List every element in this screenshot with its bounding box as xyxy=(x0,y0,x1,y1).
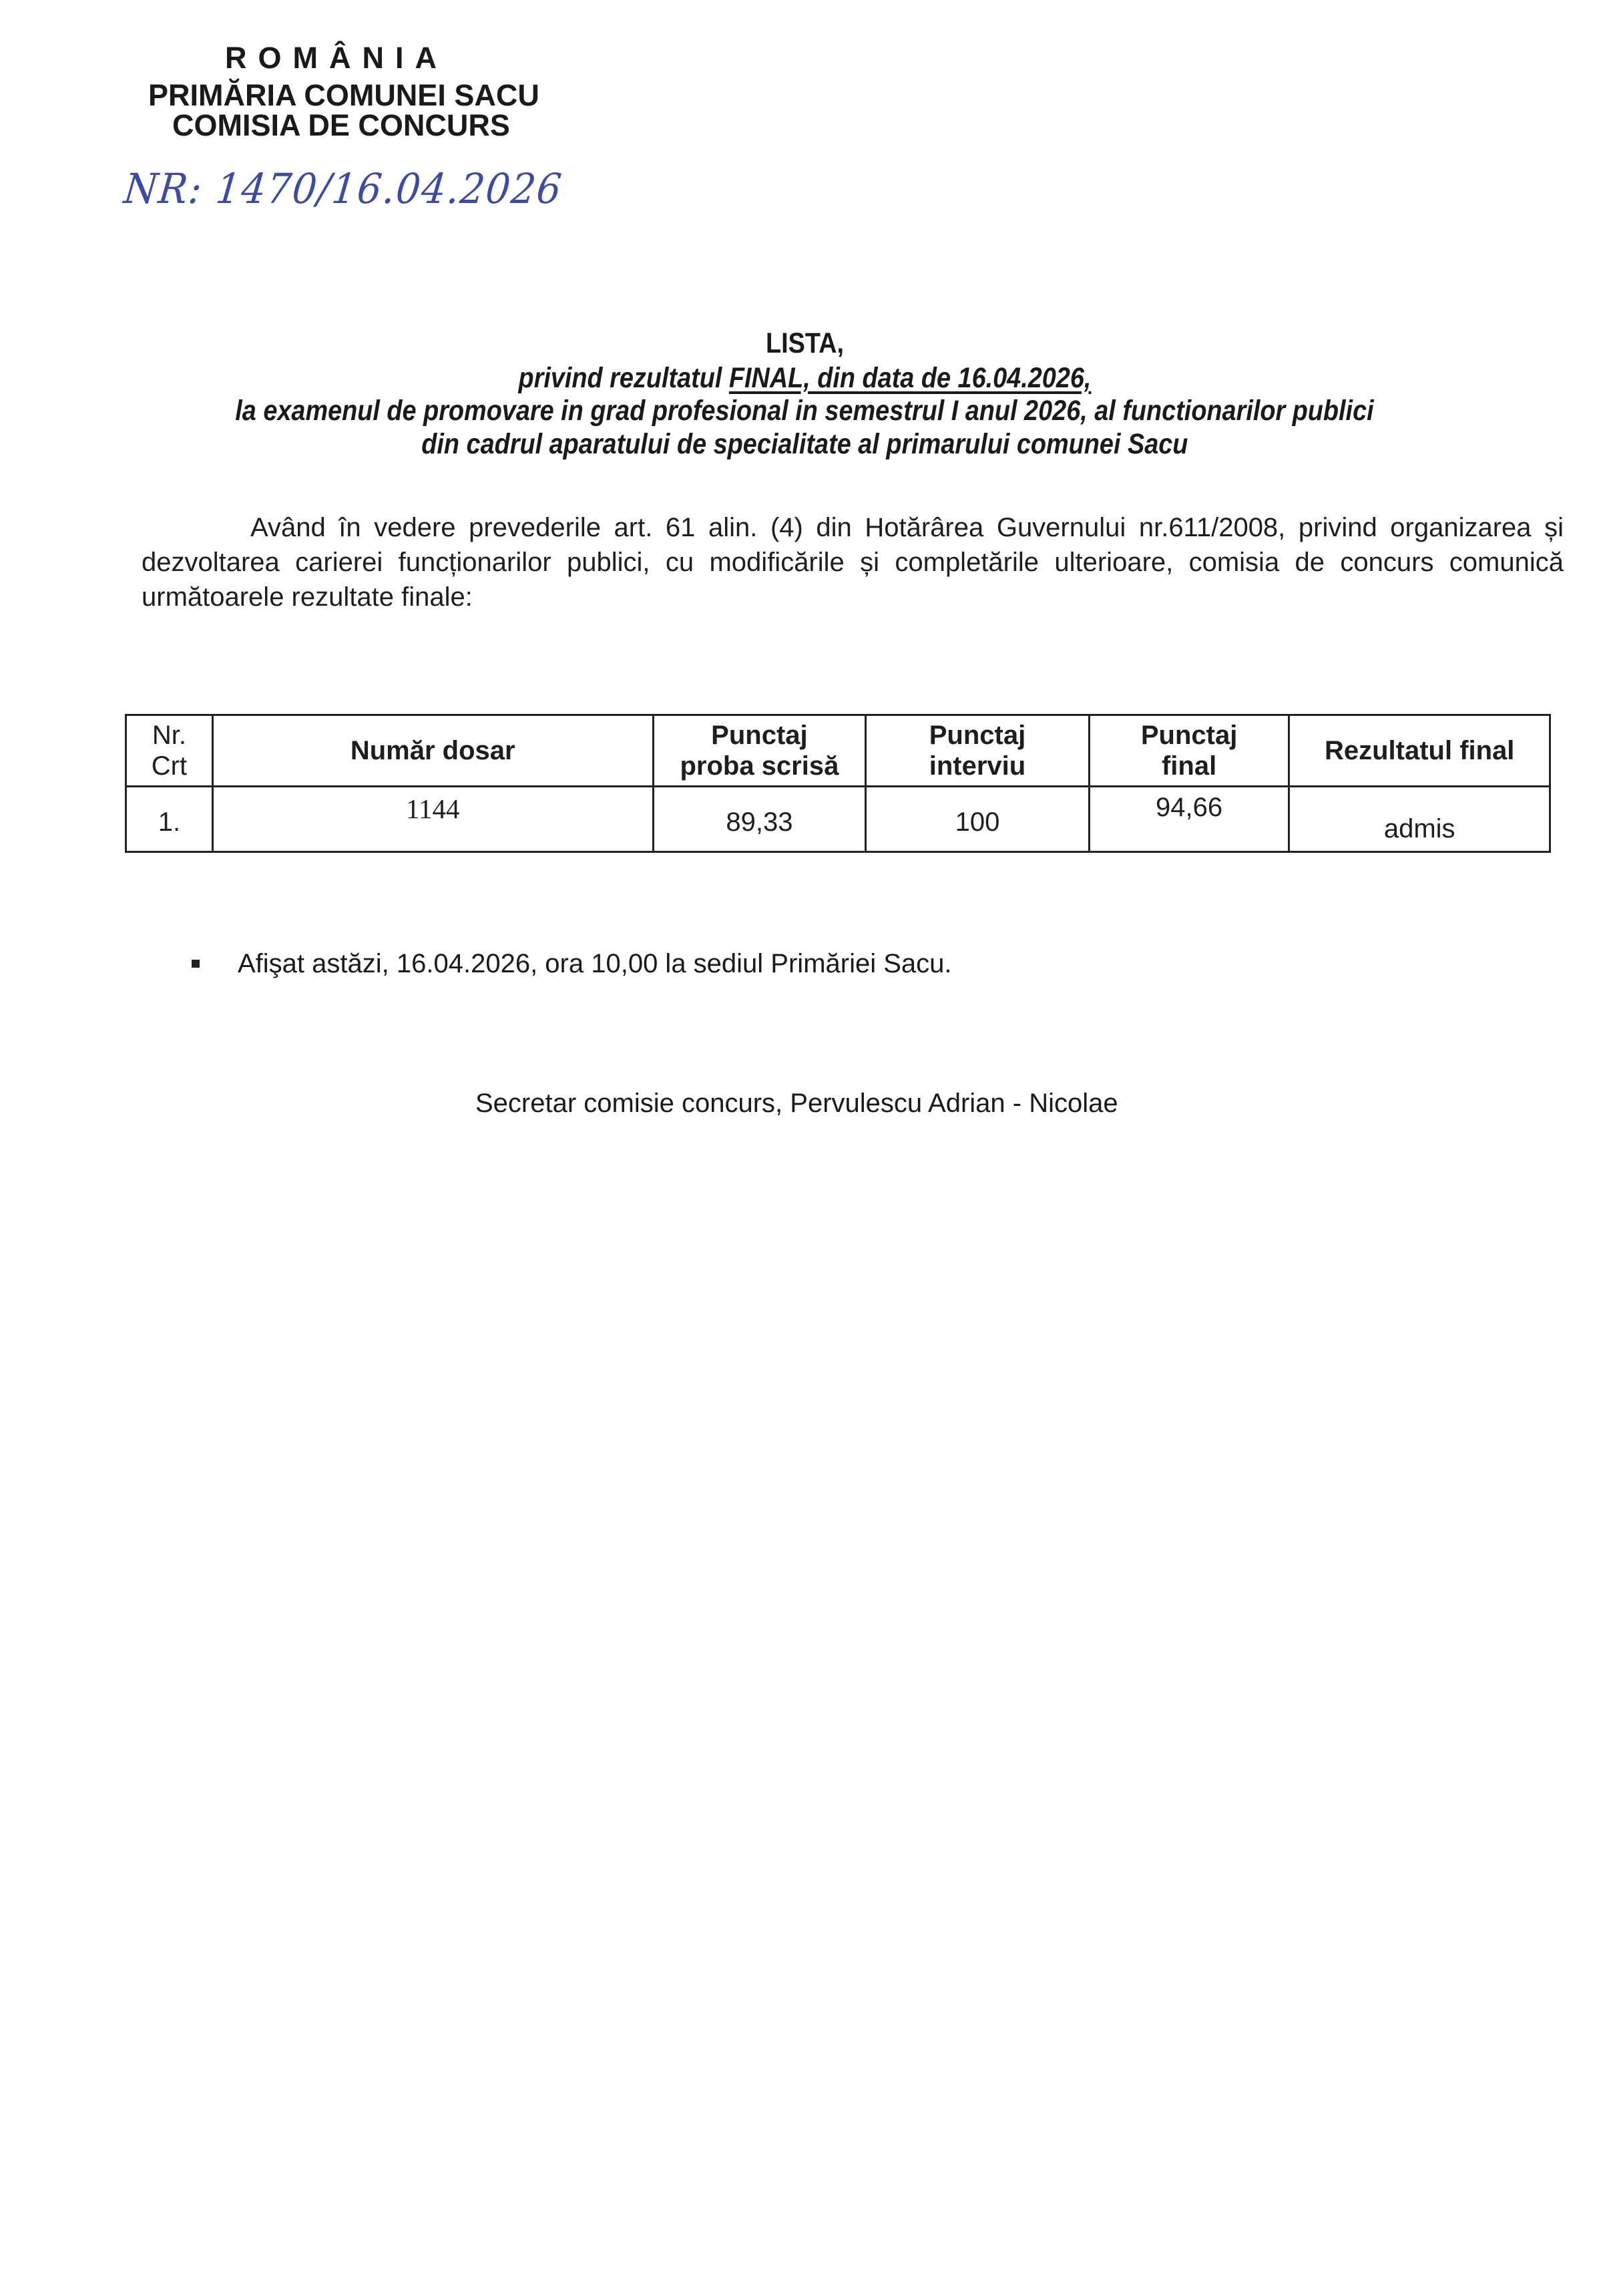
header-nr-crt: Nr.Crt xyxy=(126,715,213,787)
header-punctaj-interviu-line2: interviu xyxy=(929,751,1025,781)
cell-numar-dosar: 1144 xyxy=(212,787,653,852)
cell-rezultat: admis xyxy=(1289,787,1550,852)
cell-punctaj-scris: 89,33 xyxy=(653,787,866,852)
table-header-row: Nr.Crt Număr dosar Punctajproba scrisă P… xyxy=(126,715,1550,787)
square-bullet-icon xyxy=(192,960,200,968)
header-punctaj-final: Punctajfinal xyxy=(1089,715,1289,787)
header-punctaj-final-line2: final xyxy=(1162,751,1216,781)
signature-line: Secretar comisie concurs, Pervulescu Adr… xyxy=(475,1090,1118,1117)
title-line-3-text: din cadrul aparatului de specialitate al… xyxy=(421,430,1188,459)
title-line-2-text: la examenul de promovare in grad profesi… xyxy=(235,397,1373,425)
header-punctaj-final-line1: Punctaj xyxy=(1141,721,1237,750)
results-table: Nr.Crt Număr dosar Punctajproba scrisă P… xyxy=(125,714,1551,853)
header-punctaj-scris: Punctajproba scrisă xyxy=(653,715,866,787)
title-line-1-text: privind rezultatul FINAL, din data de 16… xyxy=(518,364,1091,393)
country-heading: ROMÂNIA xyxy=(225,43,448,73)
header-nr-crt-line1: Nr. xyxy=(152,721,186,750)
handwritten-registration-number: NR: 1470/16.04.2026 xyxy=(122,164,565,213)
cell-nr-crt: 1. xyxy=(126,787,213,852)
title-line-1-prefix: privind rezultatul xyxy=(518,362,728,394)
title-line-3: din cadrul aparatului de specialitate al… xyxy=(0,430,1609,459)
title-line-1: privind rezultatul FINAL, din data de 16… xyxy=(0,364,1609,393)
header-punctaj-interviu-line1: Punctaj xyxy=(929,721,1025,750)
table-row: 1. 1144 89,33 100 94,66 admis xyxy=(126,787,1550,852)
cell-punctaj-interviu: 100 xyxy=(866,787,1090,852)
institution-heading: PRIMĂRIA COMUNEI SACU xyxy=(148,80,539,110)
title-final-date: FINAL, din data de 16.04.2026, xyxy=(728,362,1091,394)
commission-heading: COMISIA DE CONCURS xyxy=(172,110,510,140)
intro-paragraph: Având în vedere prevederile art. 61 alin… xyxy=(142,510,1564,614)
title-line-2: la examenul de promovare in grad profesi… xyxy=(0,397,1609,425)
header-punctaj-scris-line2: proba scrisă xyxy=(680,751,839,781)
cell-punctaj-final: 94,66 xyxy=(1089,787,1289,852)
document-title: LISTA, xyxy=(0,329,1609,358)
header-numar-dosar: Număr dosar xyxy=(212,715,653,787)
header-nr-crt-line2: Crt xyxy=(152,751,187,781)
intro-paragraph-text: Având în vedere prevederile art. 61 alin… xyxy=(142,513,1564,612)
posting-notice: Afişat astăzi, 16.04.2026, ora 10,00 la … xyxy=(238,950,952,977)
header-punctaj-scris-line1: Punctaj xyxy=(711,721,807,750)
header-rezultat: Rezultatul final xyxy=(1289,715,1550,787)
document-title-text: LISTA, xyxy=(765,329,843,358)
header-punctaj-interviu: Punctajinterviu xyxy=(866,715,1090,787)
